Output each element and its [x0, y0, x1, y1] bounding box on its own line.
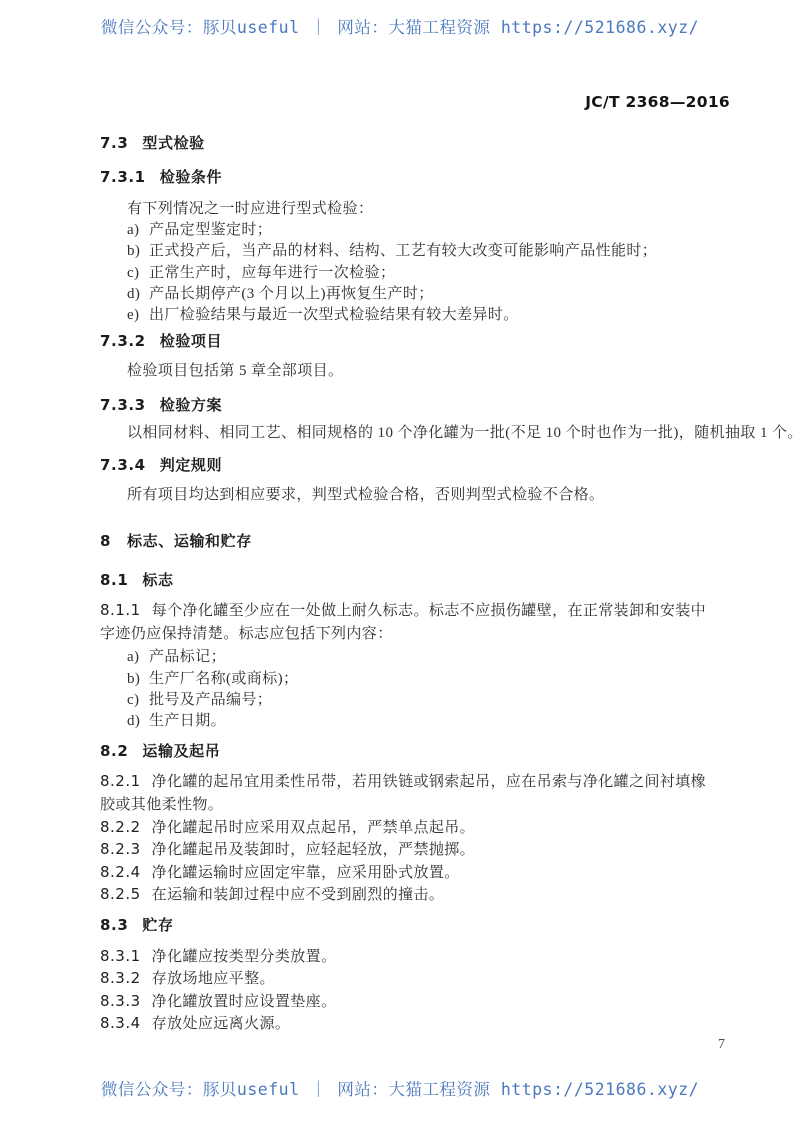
list-item-label: a) — [127, 647, 149, 668]
list-item-text: 正式投产后，当产品的材料、结构、工艺有较大改变可能影响产品性能时； — [149, 243, 657, 259]
heading-title: 标志 — [142, 571, 173, 589]
clause-8-3-4: 8.3.4存放处应远离火源。 — [100, 1013, 720, 1036]
clause-number: 8.2.2 — [100, 818, 141, 836]
list-item-text: 出厂检验结果与最近一次型式检验结果有较大差异时。 — [149, 307, 519, 323]
list-item-label: e) — [127, 305, 149, 326]
list-item-text: 产品定型鉴定时； — [149, 222, 272, 238]
clause-text: 在运输和装卸过程中应不受到剧烈的撞击。 — [152, 887, 445, 903]
clause-text: 净化罐起吊及装卸时，应轻起轻放，严禁抛掷。 — [152, 842, 475, 858]
clause-text: 存放场地应平整。 — [152, 971, 275, 987]
clause-number: 8.2.1 — [100, 772, 141, 790]
paragraph-7-3-2: 检验项目包括第 5 章全部项目。 — [100, 360, 720, 382]
list-item: a)产品标记； — [127, 647, 720, 668]
paragraph-7-3-4: 所有项目均达到相应要求，判型式检验合格，否则判型式检验不合格。 — [100, 484, 720, 506]
clause-text: 净化罐的起吊宜用柔性吊带，若用铁链或钢索起吊，应在吊索与净化罐之间衬填橡胶或其他… — [100, 774, 706, 813]
clause-number: 8.3.4 — [100, 1014, 141, 1032]
paragraph-7-3-3: 以相同材料、相同工艺、相同规格的 10 个净化罐为一批(不足 10 个时也作为一… — [100, 422, 720, 444]
clause-text: 每个净化罐至少应在一处做上耐久标志。标志不应损伤罐壁，在正常装卸和安装中字迹仍应… — [100, 603, 706, 642]
list-item: a)产品定型鉴定时； — [127, 220, 720, 241]
heading-8-3: 8.3贮存 — [100, 914, 720, 936]
clause-number: 8.2.5 — [100, 885, 141, 903]
list-item-text: 生产厂名称(或商标)； — [149, 671, 298, 687]
clause-number: 8.3.3 — [100, 992, 141, 1010]
clause-number: 8.1.1 — [100, 601, 141, 619]
list-item: d)生产日期。 — [127, 711, 720, 732]
watermark-footer: 微信公众号：豚贝useful ｜ 网站：大猫工程资源 https://52168… — [0, 1076, 800, 1100]
clause-number: 8.2.4 — [100, 863, 141, 881]
clause-8-3-3: 8.3.3净化罐放置时应设置垫座。 — [100, 991, 720, 1014]
document-page: 微信公众号：豚贝useful ｜ 网站：大猫工程资源 https://52168… — [0, 0, 800, 1131]
list-item-label: b) — [127, 241, 149, 262]
list-item-label: d) — [127, 284, 149, 305]
list-item-label: a) — [127, 220, 149, 241]
clause-number: 8.3.2 — [100, 969, 141, 987]
list-item-text: 正常生产时，应每年进行一次检验； — [149, 265, 395, 281]
list-7-3-1: a)产品定型鉴定时； b)正式投产后，当产品的材料、结构、工艺有较大改变可能影响… — [100, 220, 720, 326]
heading-title: 检验项目 — [160, 332, 222, 350]
heading-number: 8 — [100, 532, 111, 550]
list-item: b)正式投产后，当产品的材料、结构、工艺有较大改变可能影响产品性能时； — [127, 241, 720, 262]
heading-number: 8.2 — [100, 742, 128, 760]
heading-7-3-3: 7.3.3检验方案 — [100, 394, 720, 416]
list-item: e)出厂检验结果与最近一次型式检验结果有较大差异时。 — [127, 305, 720, 326]
heading-number: 7.3.1 — [100, 168, 146, 186]
clause-number: 8.2.3 — [100, 840, 141, 858]
heading-number: 7.3.2 — [100, 332, 146, 350]
document-body: 7.3型式检验 7.3.1检验条件 有下列情况之一时应进行型式检验： a)产品定… — [100, 130, 720, 1036]
heading-number: 7.3.3 — [100, 396, 146, 414]
list-item-text: 生产日期。 — [149, 713, 226, 729]
clause-8-2-2: 8.2.2净化罐起吊时应采用双点起吊，严禁单点起吊。 — [100, 817, 720, 840]
heading-8: 8标志、运输和贮存 — [100, 530, 720, 552]
heading-number: 7.3.4 — [100, 456, 146, 474]
clause-8-2-5: 8.2.5在运输和装卸过程中应不受到剧烈的撞击。 — [100, 884, 720, 907]
doc-number: JC/T 2368—2016 — [585, 93, 730, 111]
heading-8-2: 8.2运输及起吊 — [100, 740, 720, 762]
list-item-label: c) — [127, 263, 149, 284]
clause-8-2-4: 8.2.4净化罐运输时应固定牢靠，应采用卧式放置。 — [100, 862, 720, 885]
list-item-text: 产品长期停产(3 个月以上)再恢复生产时； — [149, 286, 434, 302]
heading-8-1: 8.1标志 — [100, 569, 720, 591]
heading-number: 8.1 — [100, 571, 128, 589]
clause-number: 8.3.1 — [100, 947, 141, 965]
heading-7-3-4: 7.3.4判定规则 — [100, 454, 720, 476]
clause-text: 净化罐运输时应固定牢靠，应采用卧式放置。 — [152, 865, 460, 881]
heading-title: 标志、运输和贮存 — [127, 532, 252, 550]
watermark-header: 微信公众号：豚贝useful ｜ 网站：大猫工程资源 https://52168… — [0, 14, 800, 38]
paragraph-7-3-1-intro: 有下列情况之一时应进行型式检验： — [100, 198, 720, 220]
clause-text: 净化罐起吊时应采用双点起吊，严禁单点起吊。 — [152, 820, 475, 836]
heading-title: 检验方案 — [160, 396, 222, 414]
heading-title: 运输及起吊 — [142, 742, 220, 760]
list-item: b)生产厂名称(或商标)； — [127, 669, 720, 690]
list-item-text: 批号及产品编号； — [149, 692, 272, 708]
list-item-label: d) — [127, 711, 149, 732]
list-item: c)批号及产品编号； — [127, 690, 720, 711]
clause-8-1-1: 8.1.1每个净化罐至少应在一处做上耐久标志。标志不应损伤罐壁，在正常装卸和安装… — [100, 599, 720, 646]
clause-text: 净化罐应按类型分类放置。 — [152, 949, 337, 965]
list-item: c)正常生产时，应每年进行一次检验； — [127, 263, 720, 284]
clause-8-3-2: 8.3.2存放场地应平整。 — [100, 968, 720, 991]
heading-title: 贮存 — [142, 916, 173, 934]
list-item-text: 产品标记； — [149, 649, 226, 665]
clause-8-3-1: 8.3.1净化罐应按类型分类放置。 — [100, 946, 720, 969]
clause-8-2-1: 8.2.1净化罐的起吊宜用柔性吊带，若用铁链或钢索起吊，应在吊索与净化罐之间衬填… — [100, 770, 720, 817]
clause-text: 净化罐放置时应设置垫座。 — [152, 994, 337, 1010]
heading-7-3-2: 7.3.2检验项目 — [100, 330, 720, 352]
list-item-label: c) — [127, 690, 149, 711]
heading-7-3: 7.3型式检验 — [100, 132, 720, 154]
list-item: d)产品长期停产(3 个月以上)再恢复生产时； — [127, 284, 720, 305]
heading-number: 7.3 — [100, 134, 128, 152]
heading-number: 8.3 — [100, 916, 128, 934]
list-item-label: b) — [127, 669, 149, 690]
list-8-1-1: a)产品标记； b)生产厂名称(或商标)； c)批号及产品编号； d)生产日期。 — [100, 647, 720, 732]
heading-title: 检验条件 — [160, 168, 222, 186]
heading-title: 判定规则 — [160, 456, 222, 474]
clause-8-2-3: 8.2.3净化罐起吊及装卸时，应轻起轻放，严禁抛掷。 — [100, 839, 720, 862]
page-number: 7 — [718, 1037, 725, 1053]
heading-7-3-1: 7.3.1检验条件 — [100, 166, 720, 188]
clause-text: 存放处应远离火源。 — [152, 1016, 291, 1032]
heading-title: 型式检验 — [142, 134, 204, 152]
